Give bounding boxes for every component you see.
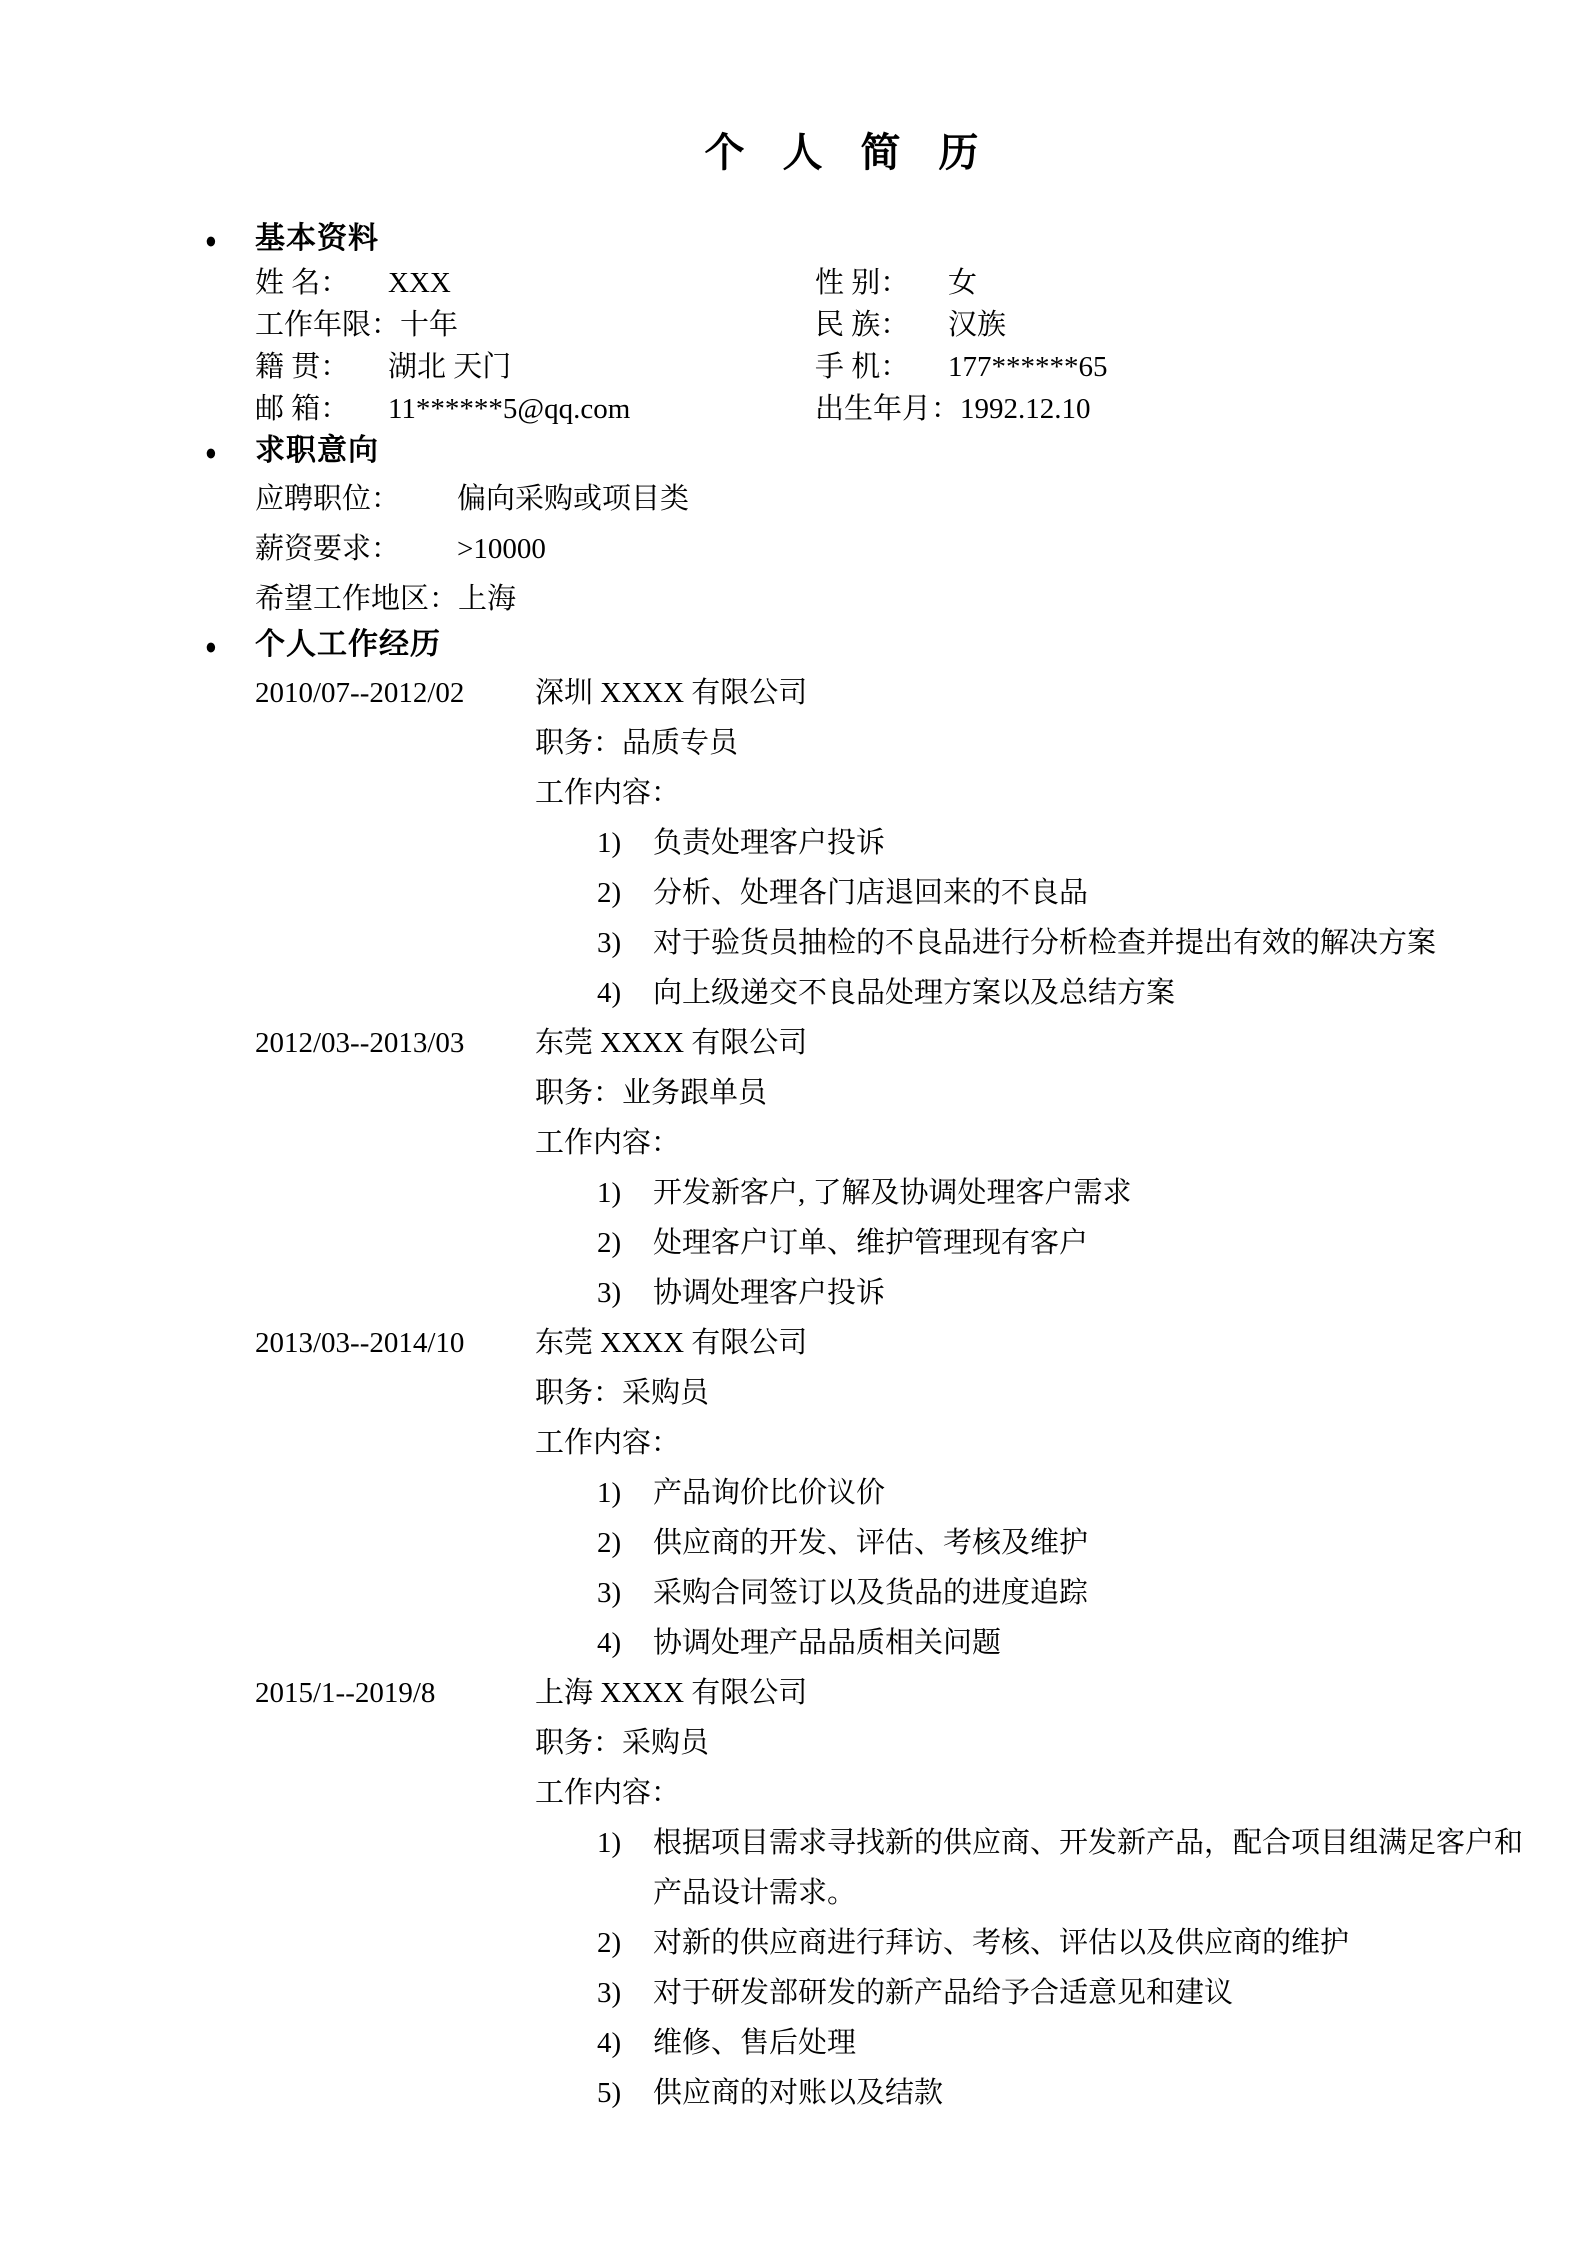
job-header: 2013/03--2014/10东莞 XXXX 有限公司 [255, 1318, 1587, 1368]
basic-info-field-left-value: 湖北 天门 [388, 351, 511, 383]
work-experience-heading-row: ●个人工作经历 [0, 624, 1587, 668]
basic-info-field-left-value: 十年 [400, 309, 458, 341]
basic-info-field-right-label: 民 族： [815, 304, 948, 346]
basic-info-field-right-value: 177******65 [948, 351, 1108, 383]
job-content-label: 工作内容： [255, 1118, 1587, 1168]
basic-info-field-right-label: 性 别： [815, 262, 948, 304]
job-period: 2015/1--2019/8 [255, 1668, 535, 1718]
duty-number: 2) [597, 868, 653, 918]
page-title: 个 人 简 历 [0, 0, 1587, 178]
basic-info-field-right: 民 族：汉族 [815, 304, 1108, 346]
job-intent-heading-row: ●求职意向 [0, 430, 1587, 474]
job-position-label: 职务： [535, 1727, 622, 1759]
job-company: 东莞 XXXX 有限公司 [535, 1327, 807, 1359]
job-block: 2015/1--2019/8上海 XXXX 有限公司职务：采购员工作内容：1)根… [255, 1668, 1587, 2118]
duty-item: 2)处理客户订单、维护管理现有客户 [255, 1218, 1587, 1268]
job-intent-field-value: 偏向采购或项目类 [457, 483, 689, 515]
basic-info-field-right-value: 女 [948, 267, 977, 299]
basic-info-field-left: 邮 箱：11******5@qq.com [255, 388, 815, 430]
duty-text: 协调处理产品品质相关问题 [653, 1618, 1001, 1668]
duty-number: 5) [597, 2068, 653, 2118]
job-period: 2010/07--2012/02 [255, 668, 535, 718]
job-position-label: 职务： [535, 727, 622, 759]
job-period: 2012/03--2013/03 [255, 1018, 535, 1068]
basic-info-field-right-label: 出生年月： [815, 388, 960, 430]
duty-text: 采购合同签订以及货品的进度追踪 [653, 1568, 1088, 1618]
basic-info-field-left-label: 籍 贯： [255, 346, 388, 388]
duty-text: 对新的供应商进行拜访、考核、评估以及供应商的维护 [653, 1918, 1349, 1968]
job-intent-field: 应聘职位：偏向采购或项目类 [255, 474, 1587, 524]
duty-text: 维修、售后处理 [653, 2018, 856, 2068]
job-header: 2015/1--2019/8上海 XXXX 有限公司 [255, 1668, 1587, 1718]
job-position-row: 职务：采购员 [255, 1718, 1587, 1768]
basic-info-field-left-label: 姓 名： [255, 262, 388, 304]
job-intent-rows: 应聘职位：偏向采购或项目类薪资要求：>10000希望工作地区：上海 [0, 474, 1587, 624]
basic-info-heading: 基本资料 [255, 222, 379, 255]
job-company: 东莞 XXXX 有限公司 [535, 1027, 807, 1059]
duty-text: 负责处理客户投诉 [653, 818, 885, 868]
duty-item: 1)负责处理客户投诉 [255, 818, 1587, 868]
bullet-icon: ● [205, 626, 248, 668]
basic-info-field-left: 籍 贯：湖北 天门 [255, 346, 815, 388]
basic-info-field-left-label: 邮 箱： [255, 388, 388, 430]
basic-info-field-right: 出生年月：1992.12.10 [815, 388, 1108, 430]
duty-number: 4) [597, 2018, 653, 2068]
duty-number: 3) [597, 1568, 653, 1618]
duty-item: 3)对于研发部研发的新产品给予合适意见和建议 [255, 1968, 1587, 2018]
job-position-row: 职务：品质专员 [255, 718, 1587, 768]
job-block: 2012/03--2013/03东莞 XXXX 有限公司职务：业务跟单员工作内容… [255, 1018, 1587, 1318]
duty-number: 2) [597, 1218, 653, 1268]
duty-text: 开发新客户, 了解及协调处理客户需求 [653, 1168, 1132, 1218]
basic-info-field-right: 性 别：女 [815, 262, 1108, 304]
duty-item: 2)分析、处理各门店退回来的不良品 [255, 868, 1587, 918]
job-period: 2013/03--2014/10 [255, 1318, 535, 1368]
resume-page: 个 人 简 历 ●基本资料 姓 名：XXX性 别：女工作年限：十年民 族：汉族籍… [0, 0, 1587, 2245]
basic-info-field-right-value: 1992.12.10 [960, 393, 1091, 425]
job-company: 深圳 XXXX 有限公司 [535, 677, 807, 709]
duty-text: 处理客户订单、维护管理现有客户 [653, 1218, 1088, 1268]
duty-item: 5)供应商的对账以及结款 [255, 2068, 1587, 2118]
job-header: 2010/07--2012/02深圳 XXXX 有限公司 [255, 668, 1587, 718]
duty-number: 2) [597, 1518, 653, 1568]
basic-info-field-left: 工作年限：十年 [255, 304, 815, 346]
job-intent-field-value: >10000 [457, 533, 546, 565]
basic-info-heading-row: ●基本资料 [0, 218, 1587, 262]
job-intent-heading: 求职意向 [255, 434, 379, 467]
basic-info-field-left-label: 工作年限： [255, 304, 400, 346]
duty-item: 4)向上级递交不良品处理方案以及总结方案 [255, 968, 1587, 1018]
duty-item: 3)协调处理客户投诉 [255, 1268, 1587, 1318]
job-position-label: 职务： [535, 1377, 622, 1409]
job-content-label: 工作内容： [255, 1768, 1587, 1818]
duty-item: 2)对新的供应商进行拜访、考核、评估以及供应商的维护 [255, 1918, 1587, 1968]
job-position-value: 业务跟单员 [622, 1077, 767, 1109]
duty-text: 分析、处理各门店退回来的不良品 [653, 868, 1088, 918]
duty-number: 1) [597, 1818, 653, 1918]
duty-text: 产品询价比价议价 [653, 1468, 885, 1518]
job-intent-field: 薪资要求：>10000 [255, 524, 1587, 574]
duty-number: 4) [597, 968, 653, 1018]
work-experience-heading: 个人工作经历 [255, 628, 441, 661]
job-header: 2012/03--2013/03东莞 XXXX 有限公司 [255, 1018, 1587, 1068]
duty-text: 根据项目需求寻找新的供应商、开发新产品，配合项目组满足客户和 产品设计需求。 [653, 1818, 1523, 1918]
duty-text: 对于研发部研发的新产品给予合适意见和建议 [653, 1968, 1233, 2018]
job-position-value: 采购员 [622, 1377, 709, 1409]
job-block: 2013/03--2014/10东莞 XXXX 有限公司职务：采购员工作内容：1… [255, 1318, 1587, 1668]
section-basic-info: ●基本资料 姓 名：XXX性 别：女工作年限：十年民 族：汉族籍 贯：湖北 天门… [0, 218, 1587, 430]
duty-number: 3) [597, 1268, 653, 1318]
duty-text: 协调处理客户投诉 [653, 1268, 885, 1318]
basic-info-field-right-label: 手 机： [815, 346, 948, 388]
bullet-icon: ● [205, 220, 248, 262]
job-position-value: 品质专员 [622, 727, 738, 759]
basic-info-field-right-value: 汉族 [948, 309, 1006, 341]
basic-info-field-left-value: XXX [388, 267, 451, 299]
job-position-row: 职务：采购员 [255, 1368, 1587, 1418]
job-company: 上海 XXXX 有限公司 [535, 1677, 807, 1709]
basic-info-field-right: 手 机：177******65 [815, 346, 1108, 388]
duty-item: 3)对于验货员抽检的不良品进行分析检查并提出有效的解决方案 [255, 918, 1587, 968]
job-content-label: 工作内容： [255, 1418, 1587, 1468]
duty-number: 4) [597, 1618, 653, 1668]
duty-item: 3)采购合同签订以及货品的进度追踪 [255, 1568, 1587, 1618]
duty-item: 4)维修、售后处理 [255, 2018, 1587, 2068]
duty-text: 向上级递交不良品处理方案以及总结方案 [653, 968, 1175, 1018]
job-content-label: 工作内容： [255, 768, 1587, 818]
basic-info-field-left-value: 11******5@qq.com [388, 393, 630, 425]
job-position-row: 职务：业务跟单员 [255, 1068, 1587, 1118]
duty-item: 4)协调处理产品品质相关问题 [255, 1618, 1587, 1668]
job-intent-field-label: 希望工作地区： [255, 574, 458, 624]
job-intent-field-label: 薪资要求： [255, 524, 457, 574]
duty-item: 1)产品询价比价议价 [255, 1468, 1587, 1518]
duty-number: 3) [597, 918, 653, 968]
duty-number: 1) [597, 818, 653, 868]
section-work-experience: ●个人工作经历 2010/07--2012/02深圳 XXXX 有限公司职务：品… [0, 624, 1587, 2118]
job-intent-field-label: 应聘职位： [255, 474, 457, 524]
bullet-icon: ● [205, 432, 248, 474]
duty-item: 1)开发新客户, 了解及协调处理客户需求 [255, 1168, 1587, 1218]
duty-number: 2) [597, 1918, 653, 1968]
job-list: 2010/07--2012/02深圳 XXXX 有限公司职务：品质专员工作内容：… [0, 668, 1587, 2118]
job-block: 2010/07--2012/02深圳 XXXX 有限公司职务：品质专员工作内容：… [255, 668, 1587, 1018]
job-intent-field: 希望工作地区：上海 [255, 574, 1587, 624]
job-position-value: 采购员 [622, 1727, 709, 1759]
duty-number: 3) [597, 1968, 653, 2018]
job-position-label: 职务： [535, 1077, 622, 1109]
section-job-intent: ●求职意向 应聘职位：偏向采购或项目类薪资要求：>10000希望工作地区：上海 [0, 430, 1587, 624]
duty-item: 2)供应商的开发、评估、考核及维护 [255, 1518, 1587, 1568]
job-intent-field-value: 上海 [458, 583, 516, 615]
duty-text: 供应商的对账以及结款 [653, 2068, 943, 2118]
duty-item: 1)根据项目需求寻找新的供应商、开发新产品，配合项目组满足客户和 产品设计需求。 [255, 1818, 1587, 1918]
duty-number: 1) [597, 1468, 653, 1518]
duty-text: 供应商的开发、评估、考核及维护 [653, 1518, 1088, 1568]
duty-text: 对于验货员抽检的不良品进行分析检查并提出有效的解决方案 [653, 918, 1436, 968]
basic-info-field-left: 姓 名：XXX [255, 262, 815, 304]
duty-number: 1) [597, 1168, 653, 1218]
basic-info-grid: 姓 名：XXX性 别：女工作年限：十年民 族：汉族籍 贯：湖北 天门手 机：17… [0, 262, 1587, 430]
